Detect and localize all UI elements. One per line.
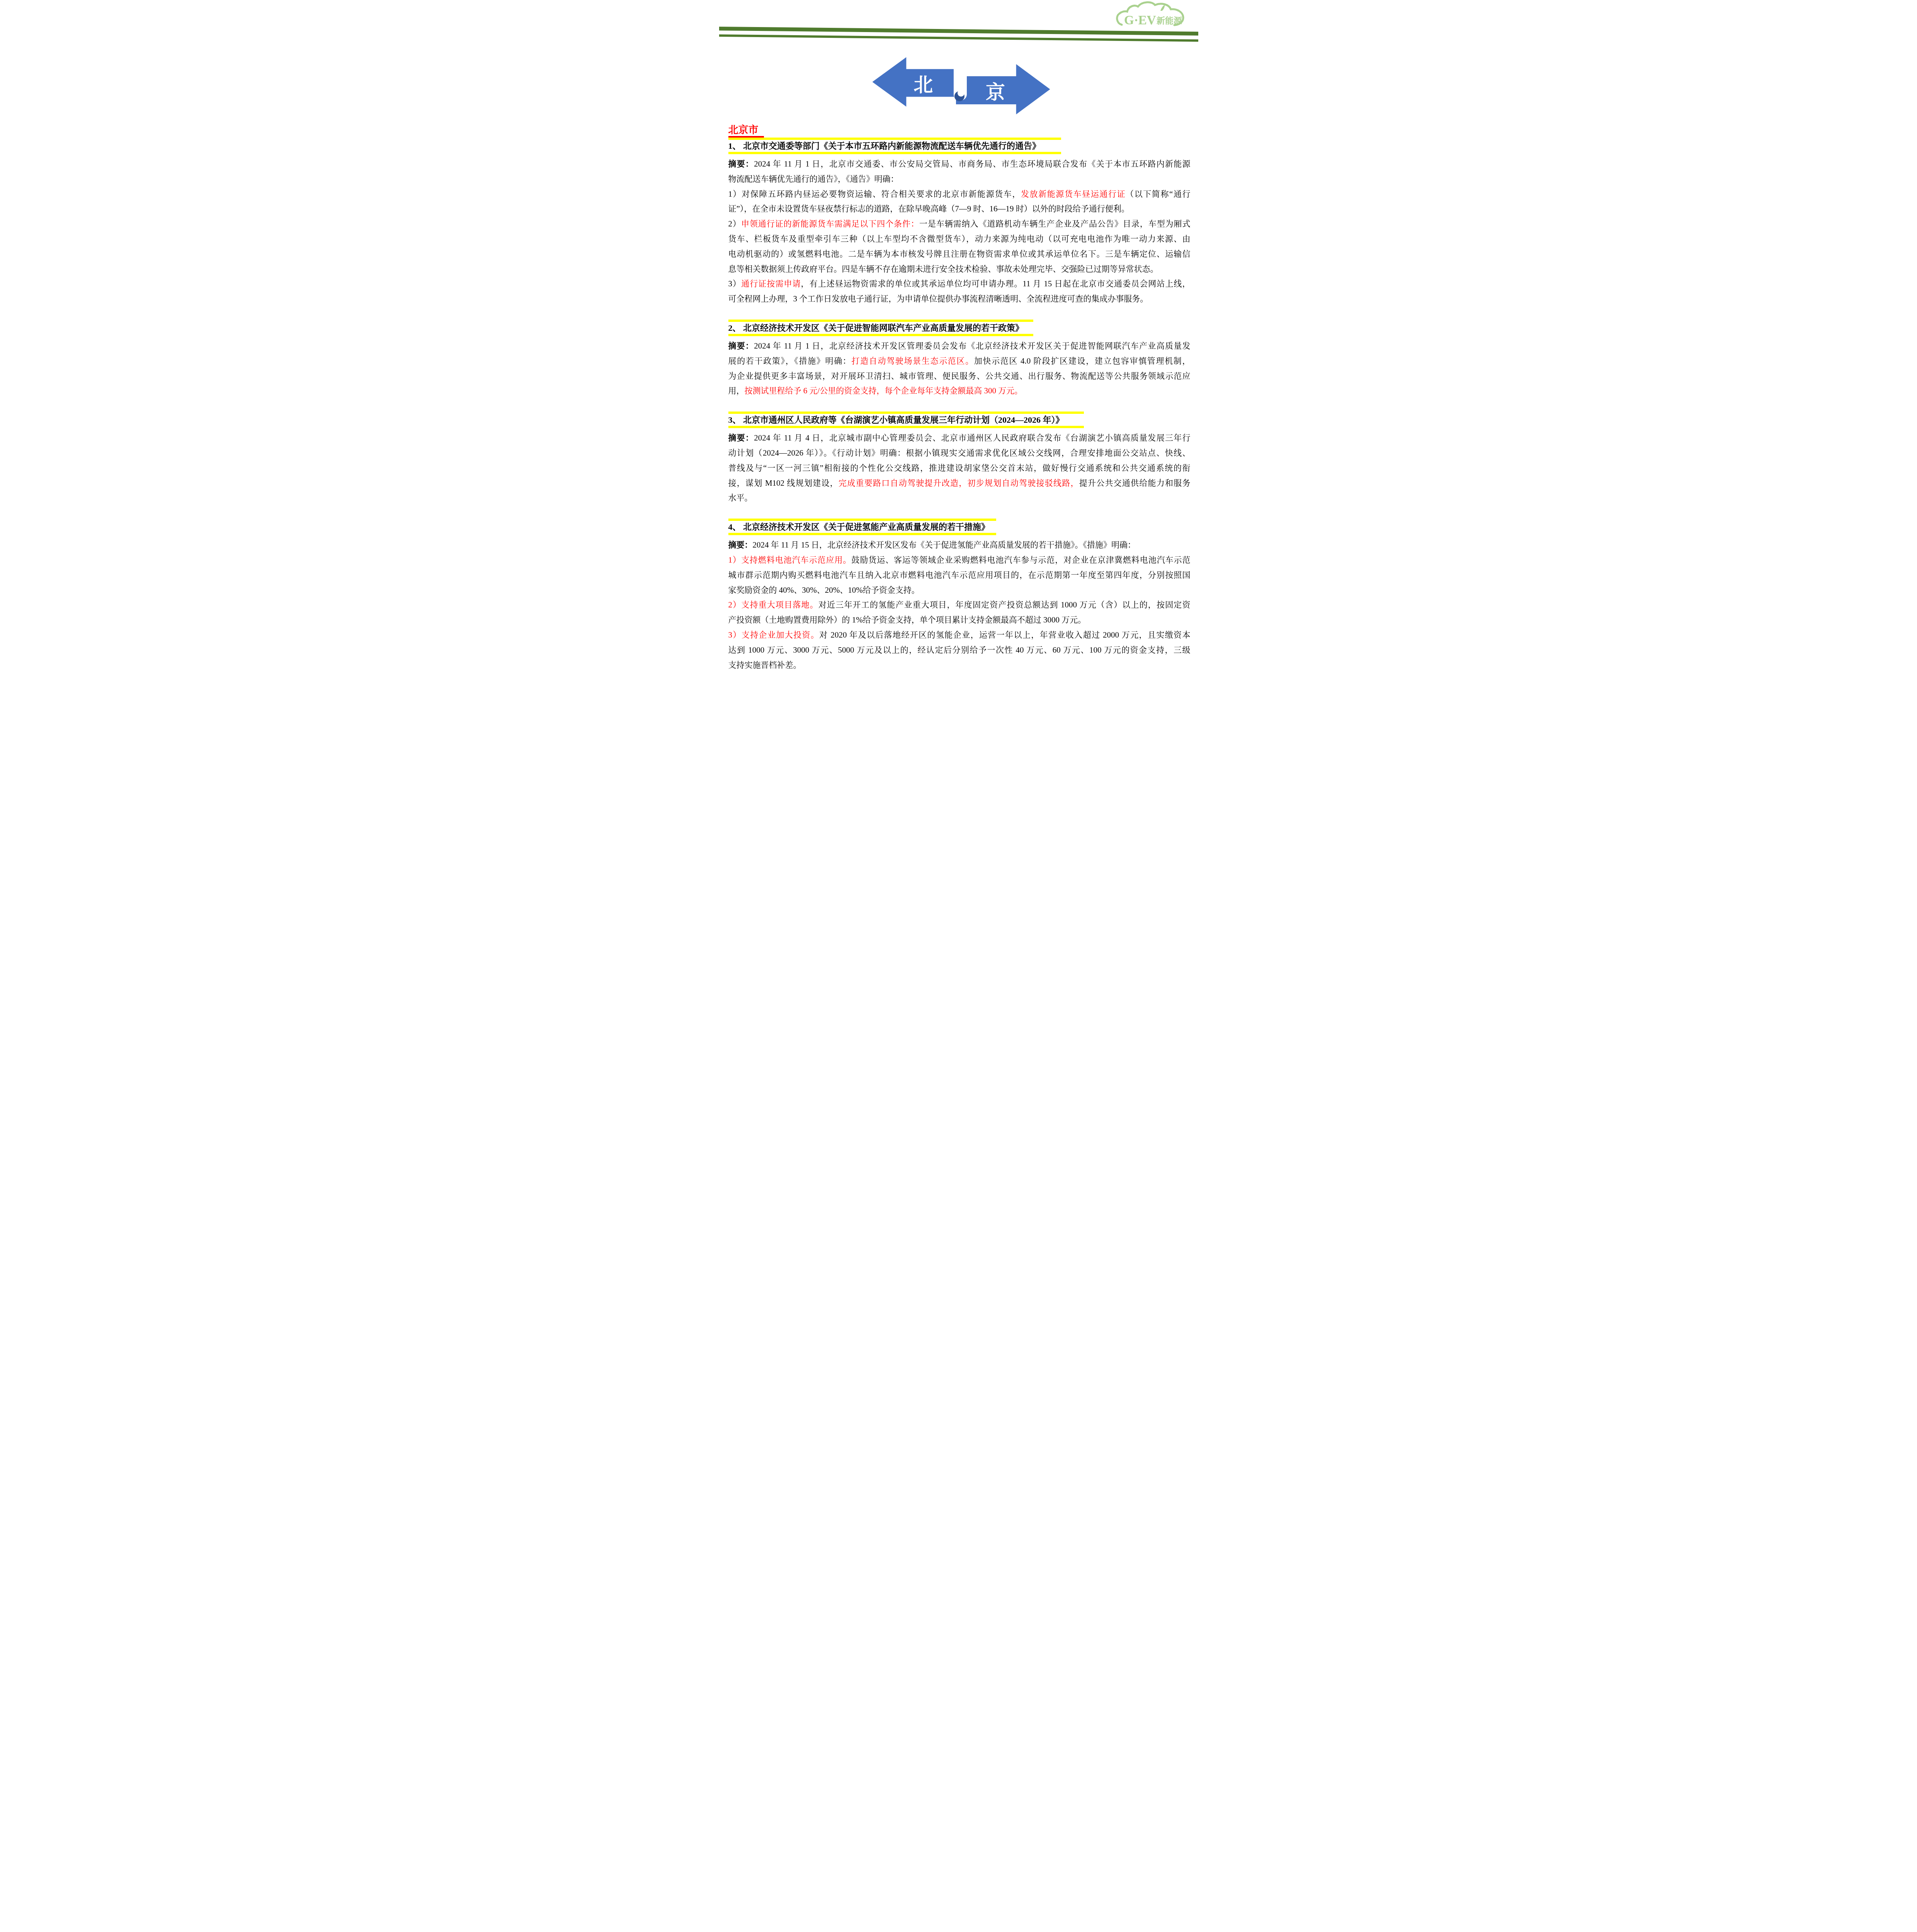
ribbon-fold-icon [954,91,964,101]
sections-container: 1、 北京市交通委等部门《关于本市五环路内新能源物流配送车辆优先通行的通告》摘要… [728,138,1191,672]
body-line: 1）对保障五环路内昼运必要物资运输、符合相关要求的北京市新能源货车，发放新能源货… [728,187,1191,202]
text-run: 家奖励资金的 40%、30%、20%、10%给予资金支持。 [728,585,920,595]
body-line: 水平。 [728,490,1191,505]
right-arrow-shape: 京 [956,64,1050,114]
policy-section: 3、 北京市通州区人民政府等《台湖演艺小镇高质量发展三年行动计划（2024—20… [728,412,1191,505]
text-run: 2） [728,219,741,228]
text-run: 摘要： [728,341,754,350]
body-line: 城市群示范期内购买燃料电池汽车且纳入北京市燃料电池汽车示范应用项目的，在示范期第… [728,568,1191,583]
text-run: 水平。 [728,493,753,502]
text-run: 1）支持燃料电池汽车示范应用。 [728,555,852,565]
body-line: 为企业提供更多丰富场景，对开展环卫清扫、城市管理、便民服务、公共交通、出行服务、… [728,369,1191,384]
body-line: 接，谋划 M102 线规划建设，完成重要路口自动驾驶提升改造，初步规划自动驾驶接… [728,476,1191,491]
text-run: 息等相关数据须上传政府平台。四是车辆不存在逾期未进行安全技术检验、事故未处理完毕… [728,264,1158,274]
gev-logo: G·EV 新能源 [1116,1,1189,29]
text-run: 产投资额（土地购置费用除外）的 1%给予资金支持，单个项目累计支持金额最高不超过… [728,615,1086,624]
banner-right-label: 京 [971,76,1020,105]
text-run: 1）对保障五环路内昼运必要物资运输、符合相关要求的北京市新能源货车， [728,189,1021,199]
body-line: 达到 1000 万元、3000 万元、5000 万元及以上的，经认定后分别给予一… [728,643,1191,658]
text-run: 对近三年开工的氢能产业重大项目，年度固定资产投资总额达到 1000 万元（含）以… [818,600,1191,609]
section-body: 摘要：2024 年 11 月 1 日，北京经济技术开发区管理委员会发布《北京经济… [728,338,1191,398]
body-line: 可全程网上办理，3 个工作日发放电子通行证，为申请单位提供办事流程清晰透明、全流… [728,291,1191,306]
text-run: 摘要： [728,540,753,549]
text-run: 支持实施晋档补差。 [728,660,801,670]
page-content: 北京市 1、 北京市交通委等部门《关于本市五环路内新能源物流配送车辆优先通行的通… [719,114,1198,672]
body-line: 1）支持燃料电池汽车示范应用。鼓励货运、客运等领域企业采购燃料电池汽车参与示范，… [728,553,1191,568]
logo-suffix-text: 新能源 [1157,16,1182,26]
text-run: 用， [728,386,745,395]
body-line: 证”），在全市未设置货车昼夜禁行标志的道路，在除早晚高峰（7—9 时、16—19… [728,201,1191,216]
yellow-highlight-bar [728,519,997,521]
text-run: 2024 年 11 月 1 日，北京市交通委、市公安局交管局、市商务局、市生态环… [754,159,1190,168]
text-run: 申领通行证的新能源货车需满足以下四个条件： [741,219,919,228]
text-run: 摘要： [728,433,754,442]
text-run: 3） [728,279,742,288]
document-page: G·EV 新能源 北 京 北京市 1、 北京市交通委等部门《关于本市五环路内新能… [719,0,1198,678]
text-run: 打造自动驾驶场景生态示范区。 [851,356,974,366]
section-body: 摘要：2024 年 11 月 4 日，北京城市副中心管理委员会、北京市通州区人民… [728,430,1191,505]
text-run: 2024 年 11 月 1 日，北京经济技术开发区管理委员会发布《北京经济技术开… [754,341,1190,350]
text-run: 证”），在全市未设置货车昼夜禁行标志的道路，在除早晚高峰（7—9 时、16—19… [728,204,1129,213]
region-label: 北京市 [728,124,764,138]
body-line: 3）通行证按需申请，有上述昼运物资需求的单位或其承运单位均可申请办理。11 月 … [728,276,1191,291]
body-line: 展的若干政策》，《措施》明确：打造自动驾驶场景生态示范区。加快示范区 4.0 阶… [728,354,1191,369]
text-run: 发放新能源货车昼运通行证 [1021,189,1126,199]
page-header: G·EV 新能源 [719,0,1198,39]
text-run: 按测试里程给予 6 元/公里的资金支持，每个企业每年支持金额最高 300 万元。 [745,386,1023,395]
left-arrow-shape: 北 [873,57,967,107]
logo-leaf-icon [1160,5,1165,11]
body-line: 动计划（2024—2026 年）》。《行动计划》明确：根据小镇现实交通需求优化区… [728,446,1191,461]
logo-brand-text: G·EV [1124,14,1156,27]
text-run: 对 2020 年及以后落地经开区的氢能企业，运营一年以上，年营业收入超过 200… [819,630,1190,639]
body-line: 货车、栏板货车及重型牵引车三种（以上车型均不含微型货车），动力来源为纯电动（以可… [728,231,1191,247]
yellow-highlight-bar [728,320,1033,322]
policy-section: 4、 北京经济技术开发区《关于促进氢能产业高质量发展的若干措施》摘要：2024 … [728,519,1191,672]
body-line: 摘要：2024 年 11 月 1 日，北京市交通委、市公安局交管局、市商务局、市… [728,156,1191,172]
section-body: 摘要：2024 年 11 月 15 日，北京经济技术开发区发布《关于促进氢能产业… [728,537,1191,672]
section-heading: 2、 北京经济技术开发区《关于促进智能网联汽车产业高质量发展的若干政策》 [728,323,1191,333]
yellow-highlight-bar [728,533,997,535]
banner-left-label: 北 [906,69,940,98]
body-line: 普线及与“一区一河三镇”相衔接的个性化公交线路，推进建设胡家垡公交首末站，做好慢… [728,461,1191,476]
text-run: 2024 年 11 月 4 日，北京城市副中心管理委员会、北京市通州区人民政府联… [754,433,1190,442]
green-rule-bottom [719,34,1198,42]
text-run: 接，谋划 M102 线规划建设， [728,478,839,488]
text-run: 完成重要路口自动驾驶提升改造，初步规划自动驾驶接驳线路， [839,478,1079,488]
body-line: 摘要：2024 年 11 月 15 日，北京经济技术开发区发布《关于促进氢能产业… [728,537,1191,553]
body-line: 电动机驱动的）或氢燃料电池。二是车辆为本市核发号牌且注册在物资需求单位或其承运单… [728,247,1191,262]
text-run: 普线及与“一区一河三镇”相衔接的个性化公交线路，推进建设胡家垡公交首末站，做好慢… [728,463,1191,473]
text-run: 城市群示范期内购买燃料电池汽车且纳入北京市燃料电池汽车示范应用项目的，在示范期第… [728,570,1191,580]
body-line: 3）支持企业加大投资。对 2020 年及以后落地经开区的氢能企业，运营一年以上，… [728,628,1191,643]
text-run: 为企业提供更多丰富场景，对开展环卫清扫、城市管理、便民服务、公共交通、出行服务、… [728,371,1191,381]
body-line: 产投资额（土地购置费用除外）的 1%给予资金支持，单个项目累计支持金额最高不超过… [728,612,1191,628]
section-heading: 4、 北京经济技术开发区《关于促进氢能产业高质量发展的若干措施》 [728,522,1191,532]
yellow-highlight-bar [728,334,1033,336]
policy-section: 2、 北京经济技术开发区《关于促进智能网联汽车产业高质量发展的若干政策》摘要：2… [728,320,1191,398]
text-run: 可全程网上办理，3 个工作日发放电子通行证，为申请单位提供办事流程清晰透明、全流… [728,294,1148,303]
section-heading: 1、 北京市交通委等部门《关于本市五环路内新能源物流配送车辆优先通行的通告》 [728,141,1191,151]
text-run: 通行证按需申请 [741,279,801,288]
body-line: 2）支持重大项目落地。对近三年开工的氢能产业重大项目，年度固定资产投资总额达到 … [728,597,1191,612]
body-line: 家奖励资金的 40%、30%、20%、10%给予资金支持。 [728,583,1191,598]
text-run: 展的若干政策》，《措施》明确： [728,356,852,366]
section-body: 摘要：2024 年 11 月 1 日，北京市交通委、市公安局交管局、市商务局、市… [728,156,1191,306]
yellow-highlight-bar [728,152,1061,154]
text-run: 一是车辆需纳入《道路机动车辆生产企业及产品公告》目录，车型为厢式 [919,219,1191,228]
beijing-banner: 北 京 [873,56,1050,114]
text-run: 鼓励货运、客运等领域企业采购燃料电池汽车参与示范，对企业在京津冀燃料电池汽车示范 [851,555,1190,565]
text-run: （以下简称“通行 [1126,189,1190,199]
text-run: 电动机驱动的）或氢燃料电池。二是车辆为本市核发号牌且注册在物资需求单位或其承运单… [728,249,1191,259]
text-run: 提升公共交通供给能力和服务 [1079,478,1191,488]
body-line: 摘要：2024 年 11 月 1 日，北京经济技术开发区管理委员会发布《北京经济… [728,338,1191,354]
text-run: 2）支持重大项目落地。 [728,600,818,609]
yellow-highlight-bar [728,426,1084,428]
text-run: 3）支持企业加大投资。 [728,630,820,639]
text-run: 货车、栏板货车及重型牵引车三种（以上车型均不含微型货车），动力来源为纯电动（以可… [728,234,1191,243]
text-run: 达到 1000 万元、3000 万元、5000 万元及以上的，经认定后分别给予一… [728,645,1191,655]
body-line: 2）申领通行证的新能源货车需满足以下四个条件：一是车辆需纳入《道路机动车辆生产企… [728,216,1191,231]
yellow-highlight-bar [728,412,1084,414]
body-line: 物流配送车辆优先通行的通告》，《通告》明确： [728,172,1191,187]
text-run: 动计划（2024—2026 年）》。《行动计划》明确：根据小镇现实交通需求优化区… [728,448,1191,457]
text-run: ，有上述昼运物资需求的单位或其承运单位均可申请办理。11 月 15 日起在北京市… [801,279,1191,288]
text-run: 摘要： [728,159,754,168]
body-line: 支持实施晋档补差。 [728,658,1191,673]
policy-section: 1、 北京市交通委等部门《关于本市五环路内新能源物流配送车辆优先通行的通告》摘要… [728,138,1191,306]
text-run: 加快示范区 4.0 阶段扩区建设，建立包容审慎管理机制， [974,356,1191,366]
body-line: 用，按测试里程给予 6 元/公里的资金支持，每个企业每年支持金额最高 300 万… [728,383,1191,398]
text-run: 物流配送车辆优先通行的通告》，《通告》明确： [728,174,899,184]
body-line: 摘要：2024 年 11 月 4 日，北京城市副中心管理委员会、北京市通州区人民… [728,430,1191,446]
body-line: 息等相关数据须上传政府平台。四是车辆不存在逾期未进行安全技术检验、事故未处理完毕… [728,262,1191,277]
text-run: 2024 年 11 月 15 日，北京经济技术开发区发布《关于促进氢能产业高质量… [753,540,1136,549]
yellow-highlight-bar [728,138,1061,140]
section-heading: 3、 北京市通州区人民政府等《台湖演艺小镇高质量发展三年行动计划（2024—20… [728,415,1191,425]
